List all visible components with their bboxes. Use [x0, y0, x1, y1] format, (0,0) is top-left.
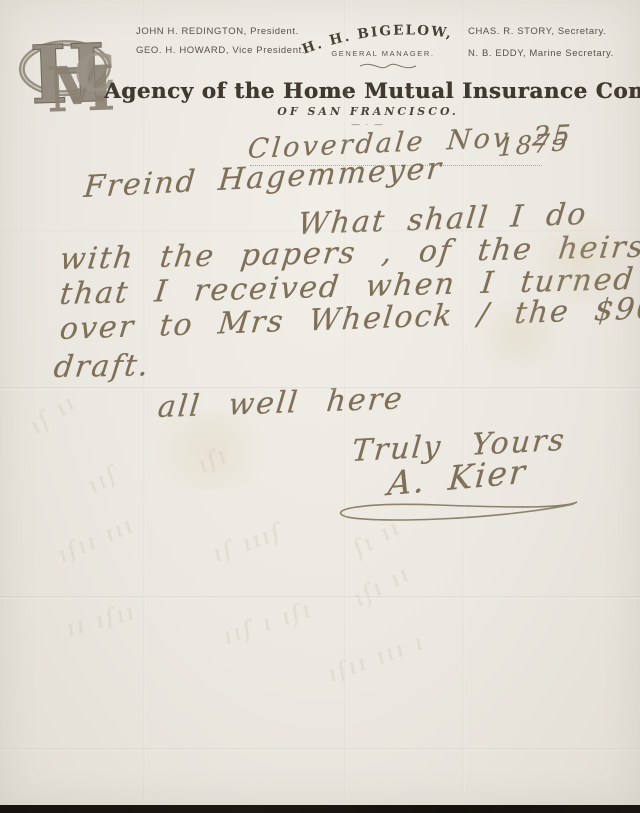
fold-crease [344, 0, 347, 798]
officer-vice-president: GEO. H. HOWARD, Vice President. [136, 45, 305, 56]
manager-flourish-icon [358, 60, 418, 72]
officer-marine-secretary: N. B. EDDY, Marine Secretary. [468, 48, 614, 59]
bleedthrough-mark: ıſıı ııı ı [325, 629, 429, 687]
fold-crease [0, 596, 640, 599]
paper-stain [520, 215, 640, 305]
fold-crease [462, 0, 465, 798]
signature-flourish-icon [328, 496, 580, 528]
agency-location: OF SAN FRANCISCO. [104, 105, 632, 118]
officer-secretary: CHAS. R. STORY, Secretary. [468, 26, 606, 37]
bleedthrough-mark: ıſıı ııı [54, 513, 138, 569]
scan-edge [0, 805, 640, 813]
bleedthrough-mark: ıſ ıı [25, 390, 81, 440]
fold-crease [0, 748, 640, 751]
bleedthrough-mark: ıſ ıııſ [210, 519, 287, 567]
officer-president: JOHN H. REDINGTON, President. [136, 26, 299, 37]
body-line: draft. [52, 348, 152, 385]
bleedthrough-mark: ııſ [84, 462, 124, 499]
fold-crease [143, 0, 146, 798]
agency-title: Agency of the Home Mutual Insurance Comp… [104, 79, 632, 104]
paper-stain [470, 300, 570, 370]
letter-scan-paper: H M C JOHN H. REDINGTON, President. GEO.… [0, 0, 640, 806]
bleedthrough-mark: ıı ıſıı [64, 599, 139, 642]
fold-crease [0, 387, 640, 390]
dateline-year: 1875 [497, 127, 570, 162]
bleedthrough-mark: ııſ ı ıſı [220, 597, 316, 649]
bleedthrough-mark: ıſı ıı [350, 561, 416, 612]
paper-stain [140, 410, 280, 490]
general-manager-title: GENERAL MANAGER. [298, 49, 468, 58]
